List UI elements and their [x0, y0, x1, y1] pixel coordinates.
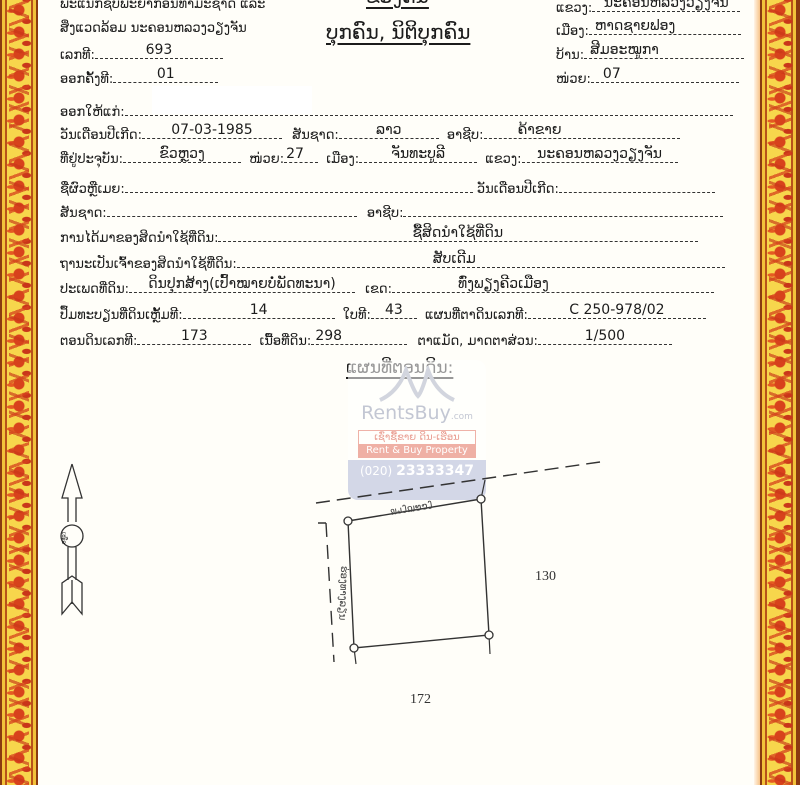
issue-count-field: ອອກຄັ້ງທີ:01 [60, 68, 218, 88]
parcel-value: 173 [137, 328, 251, 344]
page-value: 43 [371, 302, 417, 318]
address-unit-value: 27 [284, 146, 318, 162]
address-value: ຂົວຫຼວງ [123, 146, 241, 162]
occupation-label: ອາຊີບ: [447, 128, 484, 144]
province-field: ແຂວງ:ນະຄອນຫລວງວຽງຈັນ [556, 0, 740, 17]
area-value: 298 [311, 328, 407, 344]
occupation-value: ຄ້າຂາຍ [484, 122, 680, 138]
unit-field: ໜ່ວຍ:07 [556, 68, 739, 88]
village-label: ບ້ານ: [556, 48, 584, 64]
document-title-line-2: ບຸກຄົນ, ນິຕິບຸກຄົນ [326, 20, 470, 44]
zone-value: ທົ່ງພຽງຄີວເມືອງ [392, 276, 714, 292]
authority-line-2: ສິ່ງແວດລ້ອມ ນະຄອນຫລວງວຽງຈັນ [60, 21, 247, 37]
province-label: ແຂວງ: [556, 1, 592, 17]
watermark-lao-tagline: ເຊົ່າຊື້ຂາຍ ດິນ-ເຮືອນ [358, 430, 476, 445]
vine-pattern [9, 0, 29, 785]
land-type-label: ປະເພດທີ່ດິນ: [60, 282, 129, 298]
district-label: ເມືອງ: [556, 24, 589, 40]
road-top-label: ທາງຫລວງ [389, 497, 434, 519]
register-row: ປຶ້ມທະບຽນທີ່ດິນເຫຼັ້ມທີ:14 ໃບທີ:43 ແຜນທີ… [60, 304, 706, 324]
spouse-name-row: ຊື່ຜົວຫຼືເມຍ: ວັນເດືອນປີເກີດ: [60, 178, 715, 198]
nationality-label: ສັນຊາດ: [292, 128, 339, 144]
scale-value: 1/500 [538, 328, 672, 344]
certificate-number-label: ເລກທີ: [60, 48, 95, 64]
nationality-value: ລາວ [339, 122, 439, 138]
parcel-row: ຕອນດິນເລກທີ:173 ເນື້ອທີ່ດິນ:298 ຕາແມັດ, … [60, 330, 672, 350]
road-left-label: ຮ່ອງທາງລຽນ [333, 566, 351, 621]
parcel-label: ຕອນດິນເລກທີ: [60, 334, 137, 350]
issue-count-label: ອອກຄັ້ງທີ: [60, 72, 113, 88]
ownership-status-label: ຖານະເປັນເຈົ້າຂອງສິດນຳໃຊ້ທີ່ດິນ: [60, 257, 237, 273]
acquisition-row: ການໄດ້ມາຂອງສິດນຳໃຊ້ທີ່ດິນ:ຊື້ສິດນຳໃຊ້ທີ່… [60, 227, 698, 247]
watermark-en-tagline: Rent & Buy Property [358, 444, 476, 458]
village-field: ບ້ານ:ສີມອະໝູກາ [556, 44, 744, 64]
ownership-status-row: ຖານະເປັນເຈົ້າຂອງສິດນຳໃຊ້ທີ່ດິນ:ສັບເດີມ [60, 253, 725, 273]
watermark-phone-prefix: (020) [360, 464, 392, 478]
issued-to-label: ອອກໃຫ້ແກ່: [60, 105, 125, 121]
province-value: ນະຄອນຫລວງວຽງຈັນ [592, 0, 740, 11]
neighbor-parcel-172: 172 [410, 692, 431, 708]
rentsbuy-watermark: RentsBuy.com ເຊົ່າຊື້ຂາຍ ດິນ-ເຮືອນ Rent … [348, 360, 486, 500]
dob-value: 07-03-1985 [142, 122, 282, 138]
vine-pattern [769, 0, 791, 785]
page-label: ໃບທີ: [343, 308, 371, 324]
owner-address-row: ທີ່ຢູ່ປະຈຸບັນ:ຂົວຫຼວງ ໜ່ວຍ:27 ເມືອງ:ຈັນທ… [60, 148, 678, 168]
map-number-label: ແຜນທີ່ຕາດິນເລກທີ: [425, 308, 528, 324]
acquisition-label: ການໄດ້ມາຂອງສິດນຳໃຊ້ທີ່ດິນ: [60, 231, 218, 247]
owner-dob-row: ວັນເດືອນປີເກີດ:07-03-1985 ສັນຊາດ:ລາວ ອາຊ… [60, 124, 680, 144]
spouse-nationality-label: ສັນຊາດ: [60, 206, 107, 222]
ornamental-border-left [0, 0, 38, 785]
ornamental-border-right [760, 0, 800, 785]
district-field: ເມືອງ:ຫາດຊາຍຟອງ [556, 20, 741, 40]
address-label: ທີ່ຢູ່ປະຈຸບັນ: [60, 152, 123, 168]
scale-label: ຕາແມັດ, ມາດຕາສ່ວນ: [417, 334, 537, 350]
spouse-dob-label: ວັນເດືອນປີເກີດ: [477, 182, 559, 198]
address-district-label: ເມືອງ: [326, 152, 359, 168]
address-province-label: ແຂວງ: [485, 152, 521, 168]
area-label: ເນື້ອທີ່ດິນ: [259, 334, 311, 350]
zone-label: ເຂດ: [365, 282, 392, 298]
house-roof-logo-icon [378, 366, 456, 402]
spouse-nationality-row: ສັນຊາດ: ອາຊີບ: [60, 202, 723, 222]
north-label: ເໜືອ [55, 532, 71, 544]
acquisition-value: ຊື້ສິດນຳໃຊ້ທີ່ດິນ [218, 225, 698, 241]
document-title-line-1: ຂອງຄົນ [366, 0, 429, 8]
register-book-value: 14 [183, 302, 335, 318]
land-type-row: ປະເພດທີ່ດິນ:ດິນປຸກສ້າງ(ເປົ້າໝາຍບໍ່ພັດທະນ… [60, 278, 714, 298]
unit-label: ໜ່ວຍ: [556, 72, 591, 88]
watermark-brand-suffix: .com [451, 412, 473, 422]
spouse-occupation-label: ອາຊີບ: [367, 206, 404, 222]
authority-line-1: ພະແນກຊັບພະຍາກອນທຳມະຊາດ ແລະ [60, 0, 265, 13]
register-book-label: ປຶ້ມທະບຽນທີ່ດິນເຫຼັ້ມທີ: [60, 308, 183, 324]
map-number-value: C 250-978/02 [528, 302, 706, 318]
unit-value: 07 [591, 66, 739, 82]
certificate-number-field: ເລກທີ:693 [60, 44, 223, 64]
certificate-number-value: 693 [95, 42, 223, 58]
watermark-brand: RentsBuy [361, 402, 451, 424]
district-value: ຫາດຊາຍຟອງ [589, 18, 741, 34]
watermark-phone: 23333347 [396, 463, 474, 479]
village-value: ສີມອະໝູກາ [584, 42, 744, 58]
issue-count-value: 01 [113, 66, 218, 82]
spouse-name-label: ຊື່ຜົວຫຼືເມຍ: [60, 182, 125, 198]
address-province-value: ນະຄອນຫລວງວຽງຈັນ [522, 146, 678, 162]
neighbor-parcel-130: 130 [535, 569, 556, 585]
land-type-value: ດິນປຸກສ້າງ(ເປົ້າໝາຍບໍ່ພັດທະນາ) [129, 276, 355, 292]
dob-label: ວັນເດືອນປີເກີດ: [60, 128, 142, 144]
address-unit-label: ໜ່ວຍ: [249, 152, 284, 168]
address-district-value: ຈັນທະບູລີ [359, 146, 477, 162]
ownership-status-value: ສັບເດີມ [237, 251, 725, 267]
redacted-name [152, 86, 312, 114]
